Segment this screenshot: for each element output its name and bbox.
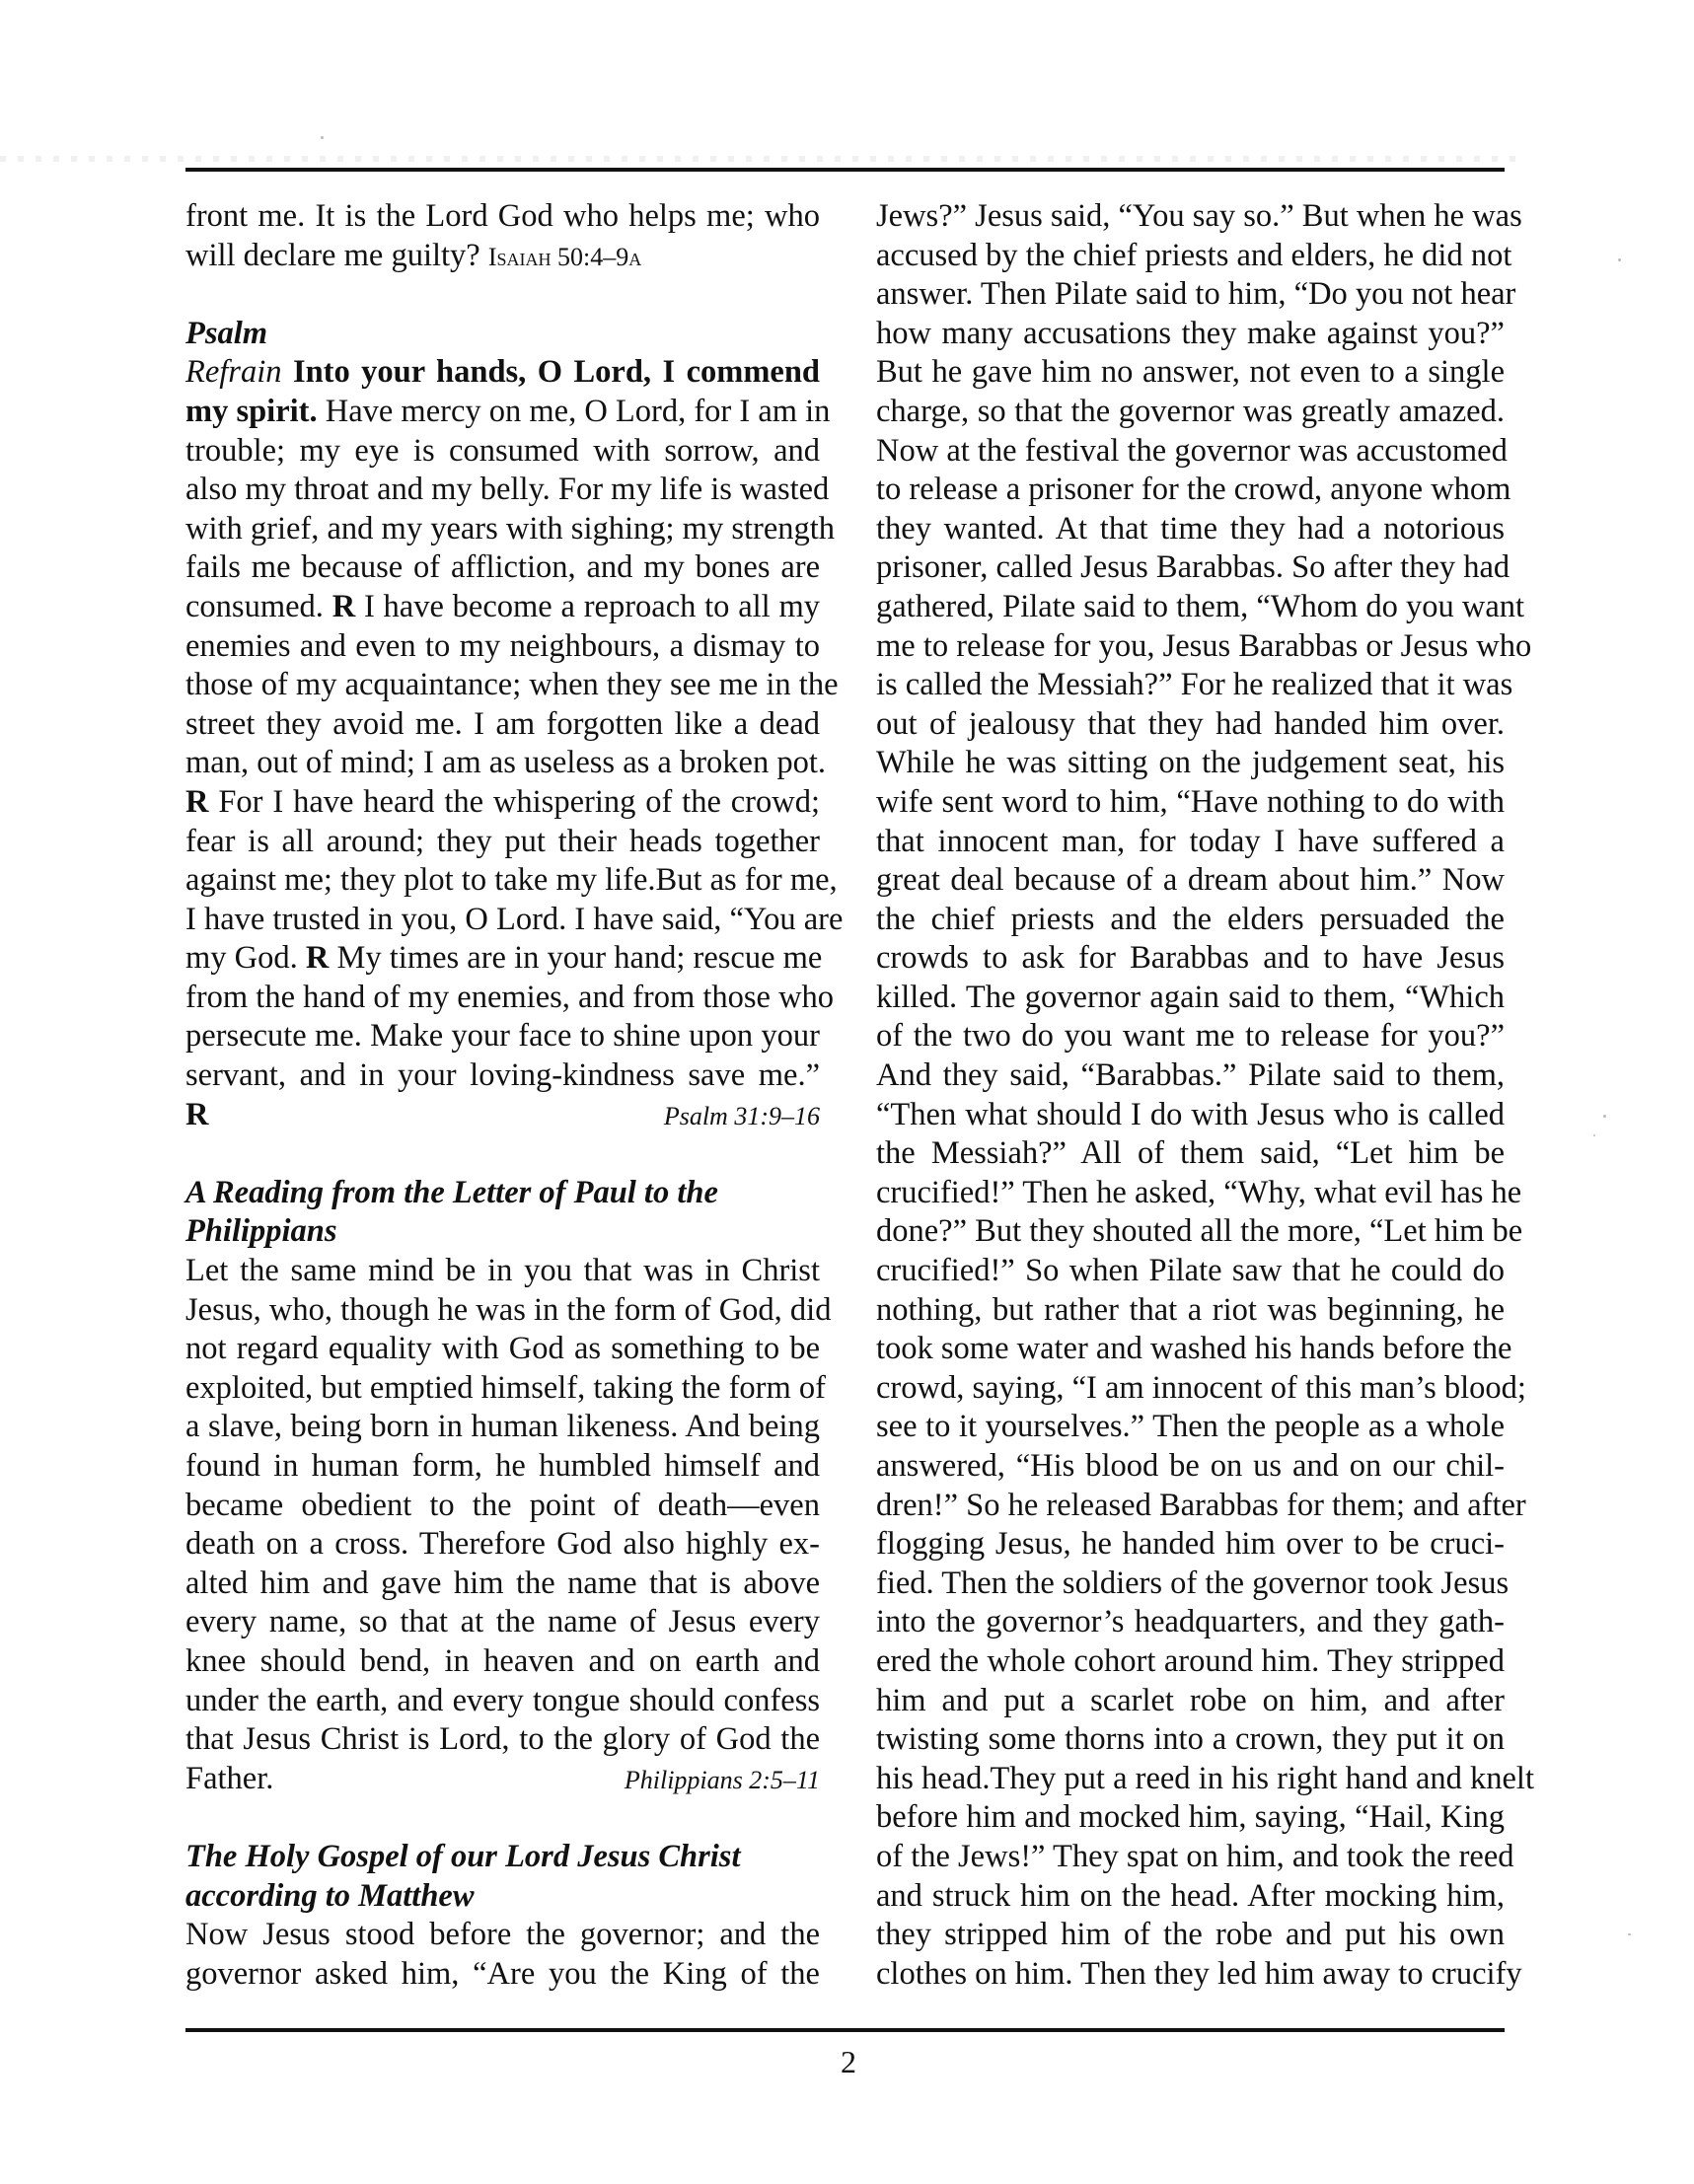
- text-fragment: My times are in your hand; rescue me: [336, 940, 822, 976]
- text-line: me to release for you, Jesus Barabbas or…: [876, 627, 1505, 667]
- text-line: see to it yourselves.” Then the people a…: [876, 1408, 1505, 1447]
- text-line: ered the whole cohort around him. They s…: [876, 1642, 1505, 1682]
- text-line: crowd, saying, “I am innocent of this ma…: [876, 1369, 1505, 1409]
- text-line: twisting some thorns into a crown, they …: [876, 1720, 1505, 1760]
- text-line: servant, and in your loving-kindness sav…: [185, 1056, 820, 1096]
- text-line: fied. Then the soldiers of the governor …: [876, 1565, 1505, 1604]
- text-line: knee should bend, in heaven and on earth…: [185, 1642, 820, 1682]
- text-line: out of jealousy that they had handed him…: [876, 705, 1505, 745]
- text-line: I have trusted in you, O Lord. I have sa…: [185, 901, 820, 940]
- text-line: alted him and gave him the name that is …: [185, 1565, 820, 1604]
- epistle-section: A Reading from the Letter of Paul to the…: [185, 1174, 820, 1799]
- text-line: will declare me guilty? Isaiah 50:4–9a: [185, 237, 820, 276]
- text-line: accused by the chief priests and elders,…: [876, 237, 1505, 276]
- text-line: took some water and washed his hands bef…: [876, 1330, 1505, 1369]
- text-line: before him and mocked him, saying, “Hail…: [876, 1798, 1505, 1838]
- refrain-text: my spirit.: [185, 394, 318, 429]
- refrain-label: Refrain: [185, 354, 281, 390]
- text-line: is called the Messiah?” For he realized …: [876, 666, 1505, 705]
- text-line: to release a prisoner for the crowd, any…: [876, 471, 1505, 510]
- response-marker: R: [332, 589, 355, 624]
- text-line: governor asked him, “Are you the King of…: [185, 1955, 820, 1995]
- psalm-citation: Psalm 31:9–16: [664, 1097, 820, 1136]
- scan-speck: [1593, 1134, 1595, 1136]
- text-line: Now Jesus stood before the governor; and…: [185, 1916, 820, 1955]
- text-line: Jews?” Jesus said, “You say so.” But whe…: [876, 197, 1505, 237]
- gospel-heading: according to Matthew: [185, 1877, 820, 1917]
- scan-speck: [1618, 258, 1621, 261]
- scan-noise: [0, 156, 1519, 162]
- text-line: with grief, and my years with sighing; m…: [185, 510, 820, 549]
- text-line: of the two do you want me to release for…: [876, 1017, 1505, 1056]
- text-line: crowds to ask for Barabbas and to have J…: [876, 939, 1505, 979]
- text-line: those of my acquaintance; when they see …: [185, 666, 820, 705]
- bottom-rule: [185, 2028, 1505, 2032]
- text-line: prisoner, called Jesus Barabbas. So afte…: [876, 548, 1505, 588]
- text-line: became obedient to the point of death—ev…: [185, 1487, 820, 1526]
- text-line: While he was sitting on the judgement se…: [876, 744, 1505, 783]
- isaiah-citation: Isaiah 50:4–9a: [488, 243, 641, 271]
- text-fragment: my God.: [185, 940, 298, 976]
- text-fragment: I have become a reproach to all my: [364, 589, 820, 624]
- text-line: trouble; my eye is consumed with sorrow,…: [185, 432, 820, 472]
- text-line: front me. It is the Lord God who helps m…: [185, 197, 820, 237]
- text-line: And they said, “Barabbas.” Pilate said t…: [876, 1056, 1505, 1096]
- refrain-line: Refrain Into your hands, O Lord, I comme…: [185, 353, 820, 393]
- text-line: done?” But they shouted all the more, “L…: [876, 1212, 1505, 1252]
- gospel-section: The Holy Gospel of our Lord Jesus Christ…: [185, 1838, 820, 1994]
- scan-speck: [321, 136, 324, 139]
- text-line: that innocent man, for today I have suff…: [876, 823, 1505, 862]
- page-number: 2: [839, 2042, 858, 2081]
- scan-speck: [1628, 1933, 1631, 1935]
- text-line: fear is all around; they put their heads…: [185, 823, 820, 862]
- response-marker: R: [306, 940, 329, 976]
- text-line: every name, so that at the name of Jesus…: [185, 1603, 820, 1642]
- refrain-text: Into your hands, O Lord, I commend: [293, 354, 820, 390]
- text-line: they stripped him of the robe and put hi…: [876, 1916, 1505, 1955]
- text-fragment: will declare me guilty?: [185, 238, 480, 273]
- text-line: persecute me. Make your face to shine up…: [185, 1017, 820, 1056]
- response-marker: R: [185, 784, 208, 820]
- top-rule: [185, 168, 1505, 172]
- text-line: under the earth, and every tongue should…: [185, 1682, 820, 1721]
- text-line: a slave, being born in human likeness. A…: [185, 1408, 820, 1447]
- text-line: great deal because of a dream about him.…: [876, 861, 1505, 901]
- text-line: also my throat and my belly. For my life…: [185, 471, 820, 510]
- text-line: “Then what should I do with Jesus who is…: [876, 1096, 1505, 1135]
- text-line: But he gave him no answer, not even to a…: [876, 353, 1505, 393]
- text-line: charge, so that the governor was greatly…: [876, 393, 1505, 432]
- spacer: [185, 1798, 820, 1838]
- text-line: fails me because of affliction, and my b…: [185, 548, 820, 588]
- text-line: my God. R My times are in your hand; res…: [185, 939, 820, 979]
- epistle-citation: Philippians 2:5–11: [625, 1761, 820, 1800]
- scan-speck: [1603, 1115, 1606, 1118]
- text-line: the chief priests and the elders persuad…: [876, 901, 1505, 940]
- text-line: dren!” So he released Barabbas for them;…: [876, 1487, 1505, 1526]
- text-line: and struck him on the head. After mockin…: [876, 1877, 1505, 1917]
- psalm-section: Psalm Refrain Into your hands, O Lord, I…: [185, 315, 820, 1134]
- text-line: man, out of mind; I am as useless as a b…: [185, 744, 820, 783]
- left-column: front me. It is the Lord God who helps m…: [185, 197, 820, 1994]
- text-line: from the hand of my enemies, and from th…: [185, 979, 820, 1018]
- text-line: nothing, but rather that a riot was begi…: [876, 1291, 1505, 1331]
- isaiah-reading-end: front me. It is the Lord God who helps m…: [185, 197, 820, 275]
- epistle-heading: Philippians: [185, 1212, 820, 1252]
- right-column: Jews?” Jesus said, “You say so.” But whe…: [876, 197, 1505, 1994]
- gospel-heading: The Holy Gospel of our Lord Jesus Christ: [185, 1838, 820, 1877]
- psalm-heading: Psalm: [185, 315, 820, 354]
- text-line: not regard equality with God as somethin…: [185, 1330, 820, 1369]
- text-line: against me; they plot to take my life.Bu…: [185, 861, 820, 901]
- text-line: R For I have heard the whispering of the…: [185, 783, 820, 823]
- text-line: into the governor’s headquarters, and th…: [876, 1603, 1505, 1642]
- spacer: [185, 275, 820, 315]
- text-line: the Messiah?” All of them said, “Let him…: [876, 1134, 1505, 1174]
- text-line: they wanted. At that time they had a not…: [876, 510, 1505, 549]
- text-line: answer. Then Pilate said to him, “Do you…: [876, 275, 1505, 315]
- text-line: of the Jews!” They spat on him, and took…: [876, 1838, 1505, 1877]
- psalm-end-line: R Psalm 31:9–16: [185, 1096, 820, 1135]
- text-line: answered, “His blood be on us and on our…: [876, 1447, 1505, 1487]
- text-fragment: Father.: [185, 1760, 273, 1799]
- text-line: how many accusations they make against y…: [876, 315, 1505, 354]
- text-line: consumed. R I have become a reproach to …: [185, 588, 820, 627]
- text-line: found in human form, he humbled himself …: [185, 1447, 820, 1487]
- text-line: Let the same mind be in you that was in …: [185, 1252, 820, 1291]
- response-marker: R: [185, 1096, 208, 1135]
- text-line: exploited, but emptied himself, taking t…: [185, 1369, 820, 1409]
- text-line: crucified!” Then he asked, “Why, what ev…: [876, 1174, 1505, 1213]
- text-line: flogging Jesus, he handed him over to be…: [876, 1525, 1505, 1565]
- text-line: Now at the festival the governor was acc…: [876, 432, 1505, 472]
- text-line: my spirit. Have mercy on me, O Lord, for…: [185, 393, 820, 432]
- text-line: killed. The governor again said to them,…: [876, 979, 1505, 1018]
- text-line: crucified!” So when Pilate saw that he c…: [876, 1252, 1505, 1291]
- spacer: [185, 1134, 820, 1174]
- text-fragment: For I have heard the whispering of the c…: [218, 784, 820, 820]
- text-line: death on a cross. Therefore God also hig…: [185, 1525, 820, 1565]
- text-line: Jesus, who, though he was in the form of…: [185, 1291, 820, 1331]
- text-line: him and put a scarlet robe on him, and a…: [876, 1682, 1505, 1721]
- text-line: clothes on him. Then they led him away t…: [876, 1955, 1505, 1995]
- text-fragment: Have mercy on me, O Lord, for I am in: [326, 394, 831, 429]
- text-line: street they avoid me. I am forgotten lik…: [185, 705, 820, 745]
- text-line: enemies and even to my neighbours, a dis…: [185, 627, 820, 667]
- gospel-continuation: Jews?” Jesus said, “You say so.” But whe…: [876, 197, 1505, 1994]
- text-fragment: consumed.: [185, 589, 324, 624]
- text-line: his head.They put a reed in his right ha…: [876, 1760, 1505, 1799]
- epistle-heading: A Reading from the Letter of Paul to the: [185, 1174, 820, 1213]
- text-line: gathered, Pilate said to them, “Whom do …: [876, 588, 1505, 627]
- text-line: wife sent word to him, “Have nothing to …: [876, 783, 1505, 823]
- epistle-end-line: Father. Philippians 2:5–11: [185, 1760, 820, 1799]
- text-line: that Jesus Christ is Lord, to the glory …: [185, 1720, 820, 1760]
